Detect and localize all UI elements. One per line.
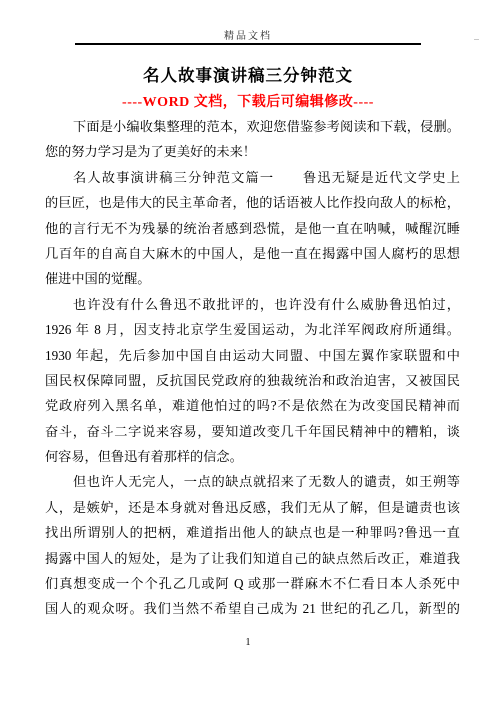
- text-line: 找出所谓别人的把柄，难道指出他人的缺点也是一种罪吗?鲁迅一直: [45, 520, 460, 545]
- page-footer: 1: [0, 637, 496, 648]
- document-page: 精品文档 名人故事演讲稿三分钟范文 ----WORD 文档，下载后可编辑修改--…: [0, 0, 496, 702]
- text-line: 几百年的自高自大麻木的中国人，是他一直在揭露中国人腐朽的思想: [45, 241, 460, 266]
- text-line: 何容易，但鲁迅有着那样的信念。: [45, 444, 460, 469]
- text-line: 国人的观众呀。我们当然不希望自己成为 21 世纪的孔乙几，新型的: [45, 596, 460, 621]
- text-line: 的巨匠，也是伟大的民主革命者，他的话语被人比作投向敌人的标枪，: [45, 190, 460, 215]
- editable-notice: ----WORD 文档，下载后可编辑修改----: [0, 91, 496, 111]
- text-line: 1926 年 8 月，因支持北京学生爱国运动，为北洋军阀政府所通缉。: [45, 317, 460, 342]
- text-line: 下面是小编收集整理的范本，欢迎您借鉴参考阅读和下载，侵删。: [45, 114, 460, 139]
- header-watermark-label: 精品文档: [75, 27, 421, 42]
- header-corner-mark: [474, 39, 479, 40]
- text-line: 名人故事演讲稿三分钟范文篇一 鲁迅无疑是近代文学史上: [45, 165, 460, 190]
- text-line: 您的努力学习是为了更美好的未来！: [45, 139, 460, 164]
- text-line: 国民权保障同盟，反抗国民党政府的独裁统治和政治迫害，又被国民: [45, 368, 460, 393]
- page-number: 1: [246, 637, 251, 648]
- text-line: 他的言行无不为残暴的统治者感到恐慌，是他一直在呐喊，喊醒沉睡: [45, 216, 460, 241]
- document-body: 下面是小编收集整理的范本，欢迎您借鉴参考阅读和下载，侵删。您的努力学习是为了更美…: [45, 114, 460, 622]
- header-rule: [75, 43, 421, 45]
- text-line: 揭露中国人的短处，是为了让我们知道自己的缺点然后改正，难道我: [45, 546, 460, 571]
- text-line: 1930 年起，先后参加中国自由运动大同盟、中国左翼作家联盟和中: [45, 343, 460, 368]
- text-line: 也许没有什么鲁迅不敢批评的，也许没有什么威胁鲁迅怕过，: [45, 292, 460, 317]
- text-line: 但也许人无完人，一点的缺点就招来了无数人的谴责，如王朔等: [45, 469, 460, 494]
- document-title: 名人故事演讲稿三分钟范文: [0, 62, 496, 86]
- text-line: 人，是嫉妒，还是本身就对鲁迅反感，我们无从了解，但是谴责也该: [45, 495, 460, 520]
- text-line: 们真想变成一个个孔乙几或阿 Q 或那一群麻木不仁看日本人杀死中: [45, 571, 460, 596]
- text-line: 奋斗，奋斗二字说来容易，要知道改变几千年国民精神中的糟粕，谈: [45, 419, 460, 444]
- text-line: 催进中国的觉醒。: [45, 266, 460, 291]
- text-line: 党政府列入黑名单，难道他怕过的吗?不是依然在为改变国民精神而: [45, 393, 460, 418]
